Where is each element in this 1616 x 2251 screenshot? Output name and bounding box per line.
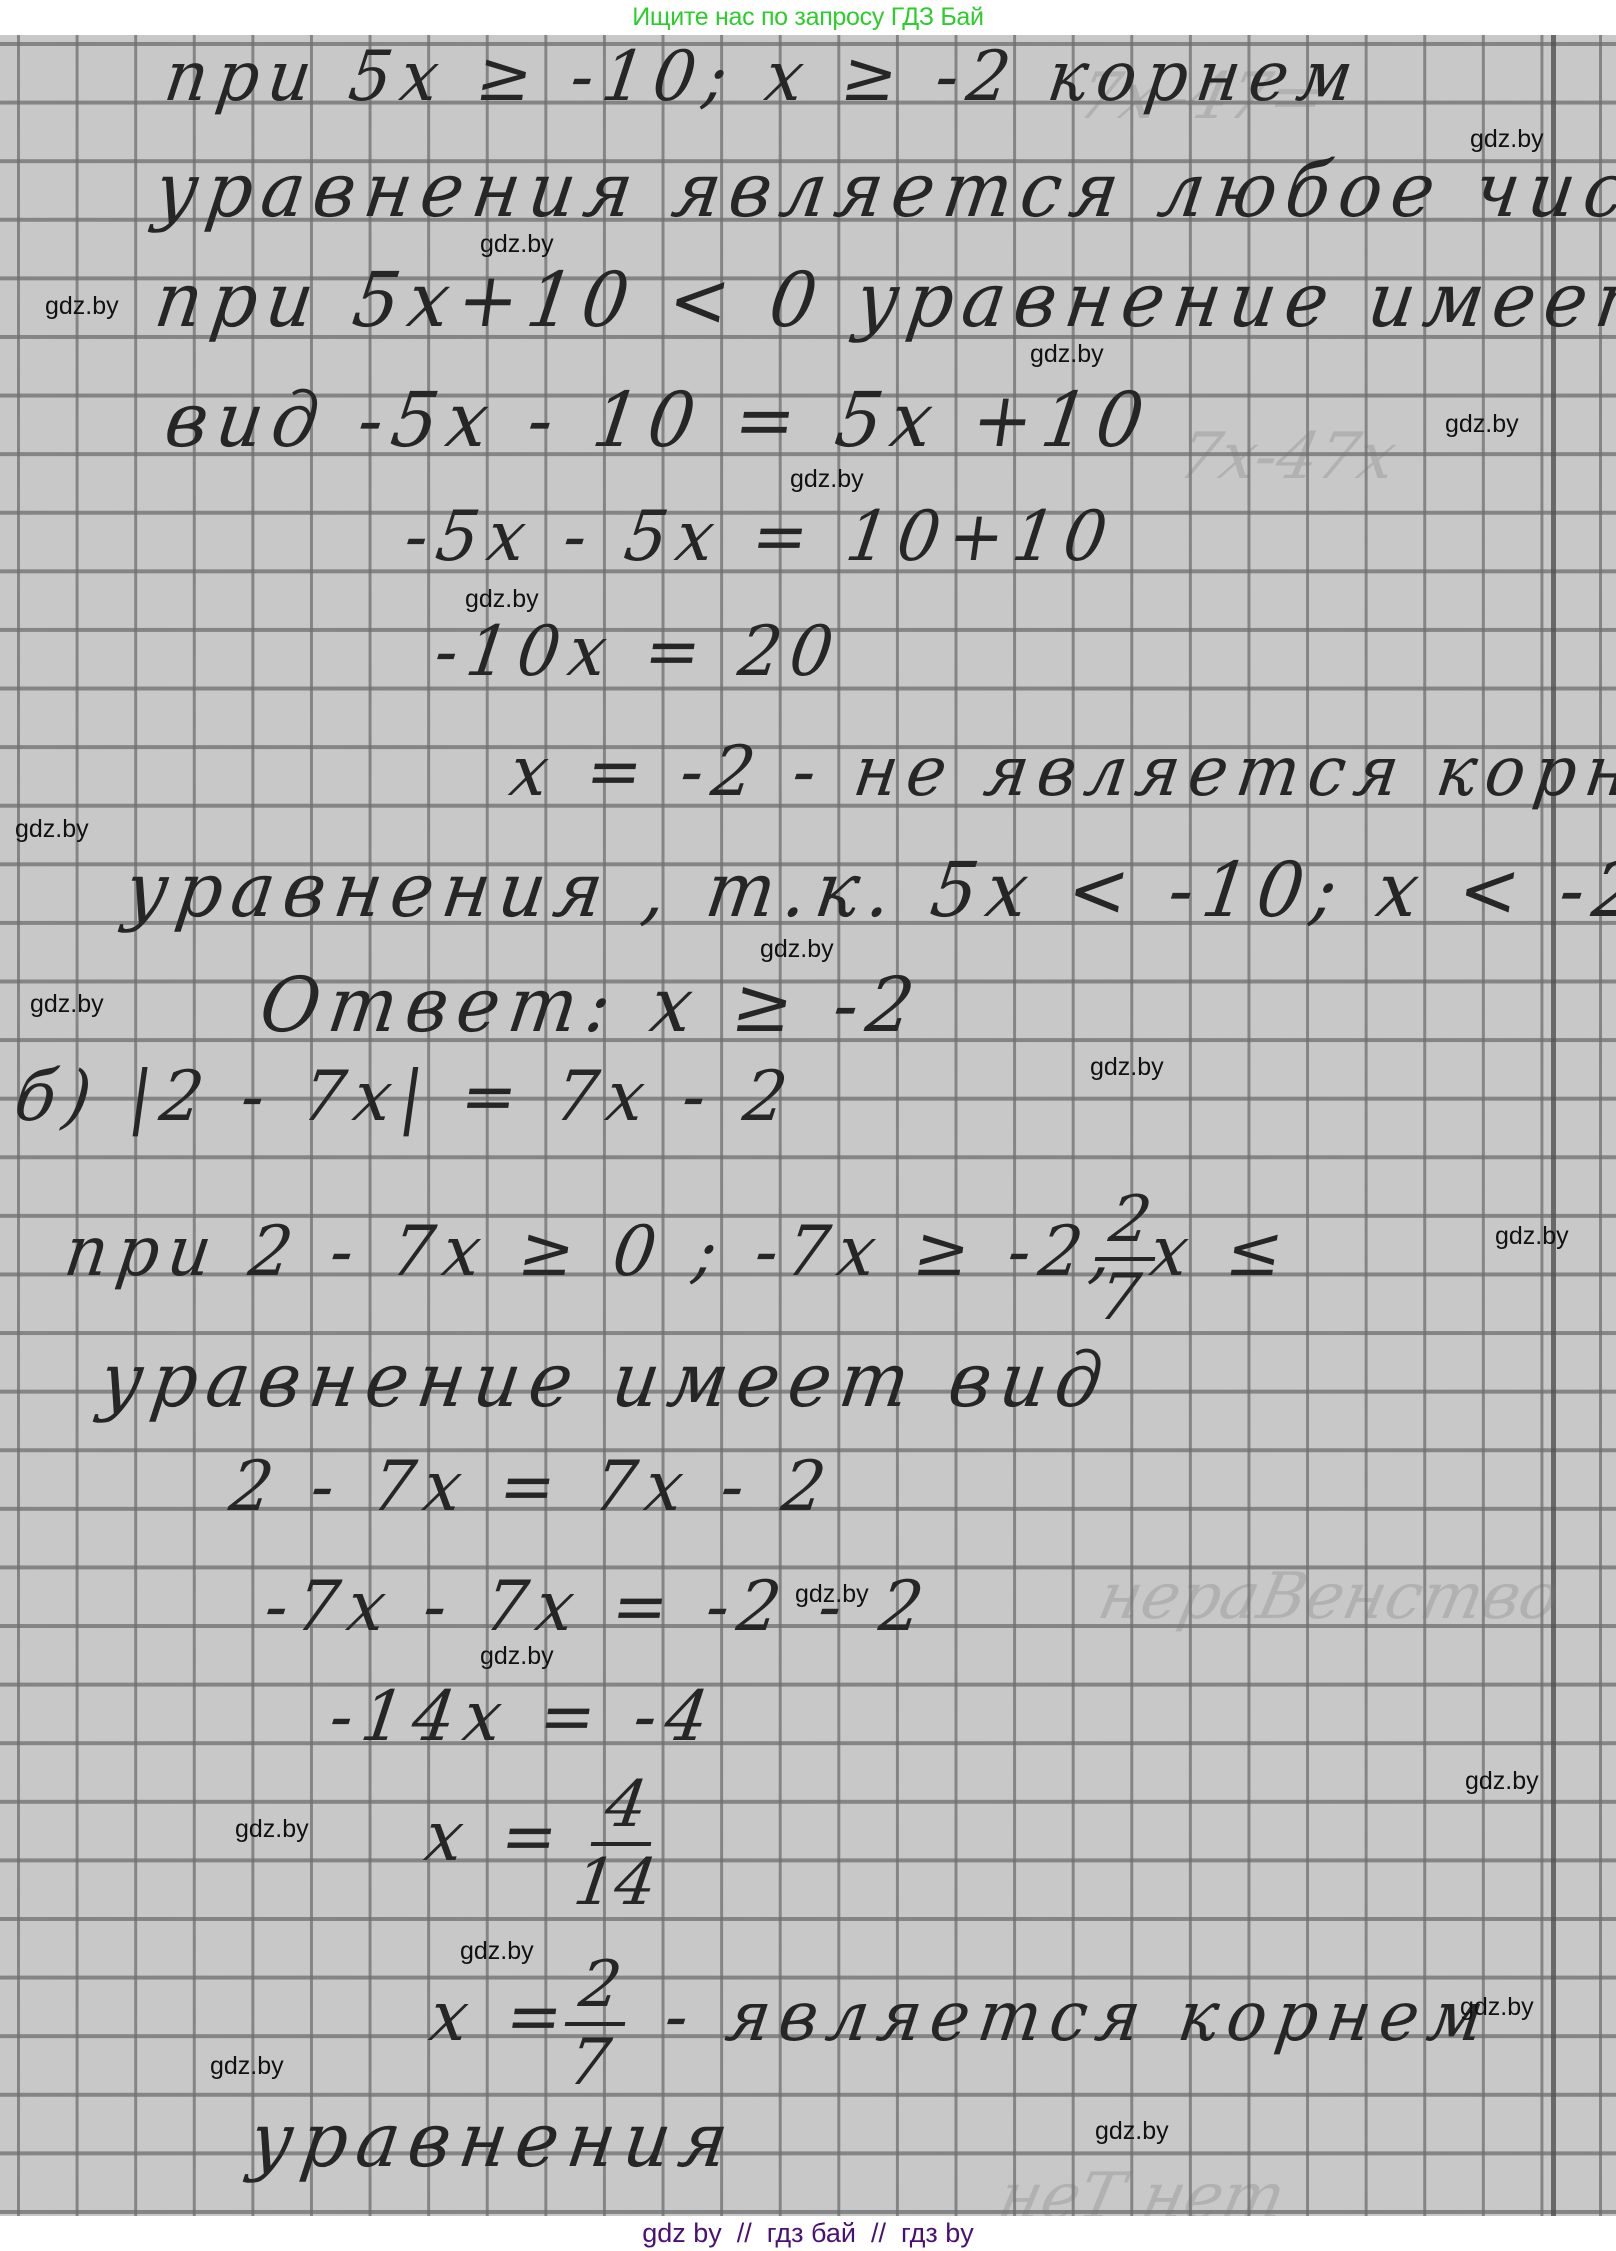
- handwritten-line: x =: [425, 1976, 577, 2057]
- handwritten-line: -5x - 5x = 10+10: [400, 496, 1121, 577]
- watermark: gdz.by: [1095, 2117, 1169, 2146]
- site-footer: gdz by // гдз бай // гдз by: [0, 2216, 1616, 2251]
- watermark: gdz.by: [210, 2052, 284, 2081]
- watermark: gdz.by: [790, 465, 864, 494]
- watermark: gdz.by: [460, 1937, 534, 1966]
- handwritten-line: уравнения: [245, 2096, 743, 2184]
- watermark: gdz.by: [235, 1815, 309, 1844]
- watermark: gdz.by: [1090, 1053, 1164, 1082]
- fraction-numerator: 4: [601, 1770, 652, 1840]
- watermark: gdz.by: [45, 292, 119, 321]
- watermark: gdz.by: [1465, 1767, 1539, 1796]
- handwritten-line: Ответ: x ≥ -2: [255, 961, 928, 1049]
- handwritten-line: x = -2 - не является корнем: [505, 731, 1616, 812]
- fraction-denominator: 7: [564, 2028, 615, 2098]
- fraction-denominator: 14: [570, 1848, 661, 1918]
- watermark: gdz.by: [1460, 1993, 1534, 2022]
- watermark: gdz.by: [480, 230, 554, 259]
- watermark: gdz.by: [480, 1642, 554, 1671]
- handwritten-line: -10x = 20: [430, 611, 847, 692]
- handwritten-line: уравнения является любое число: [150, 146, 1616, 234]
- handwritten-line: x =: [420, 1796, 572, 1877]
- watermark: gdz.by: [1470, 125, 1544, 154]
- fraction-denominator: 7: [1094, 1263, 1145, 1333]
- handwritten-line: при 5x ≥ -10; x ≥ -2 корнем: [160, 36, 1367, 117]
- watermark: gdz.by: [1030, 340, 1104, 369]
- watermark: gdz.by: [760, 935, 834, 964]
- page-margin-line: [1551, 35, 1556, 2216]
- handwritten-line: уравнения , т.к. 5x < -10; x < -2: [120, 846, 1616, 934]
- handwritten-line: вид -5x - 10 = 5x +10: [160, 376, 1158, 464]
- watermark: gdz.by: [30, 990, 104, 1019]
- watermark: gdz.by: [15, 815, 89, 844]
- handwritten-line: при 5x+10 < 0 уравнение имеет: [150, 256, 1616, 344]
- handwritten-line: - является корнем: [660, 1976, 1497, 2057]
- watermark: gdz.by: [1445, 410, 1519, 439]
- fraction-numerator: 2: [575, 1950, 626, 2020]
- watermark: gdz.by: [1495, 1222, 1569, 1251]
- search-banner: Ищите нас по запросу ГДЗ Бай: [0, 0, 1616, 35]
- handwritten-line: б) |2 - 7x| = 7x - 2: [10, 1056, 801, 1137]
- handwritten-line: 2 - 7x = 7x - 2: [225, 1446, 840, 1527]
- fraction-numerator: 2: [1105, 1185, 1156, 1255]
- watermark: gdz.by: [795, 1580, 869, 1609]
- handwritten-line: уравнение имеет вид: [95, 1336, 1117, 1424]
- handwritten-line: -14x = -4: [325, 1676, 722, 1757]
- watermark: gdz.by: [465, 585, 539, 614]
